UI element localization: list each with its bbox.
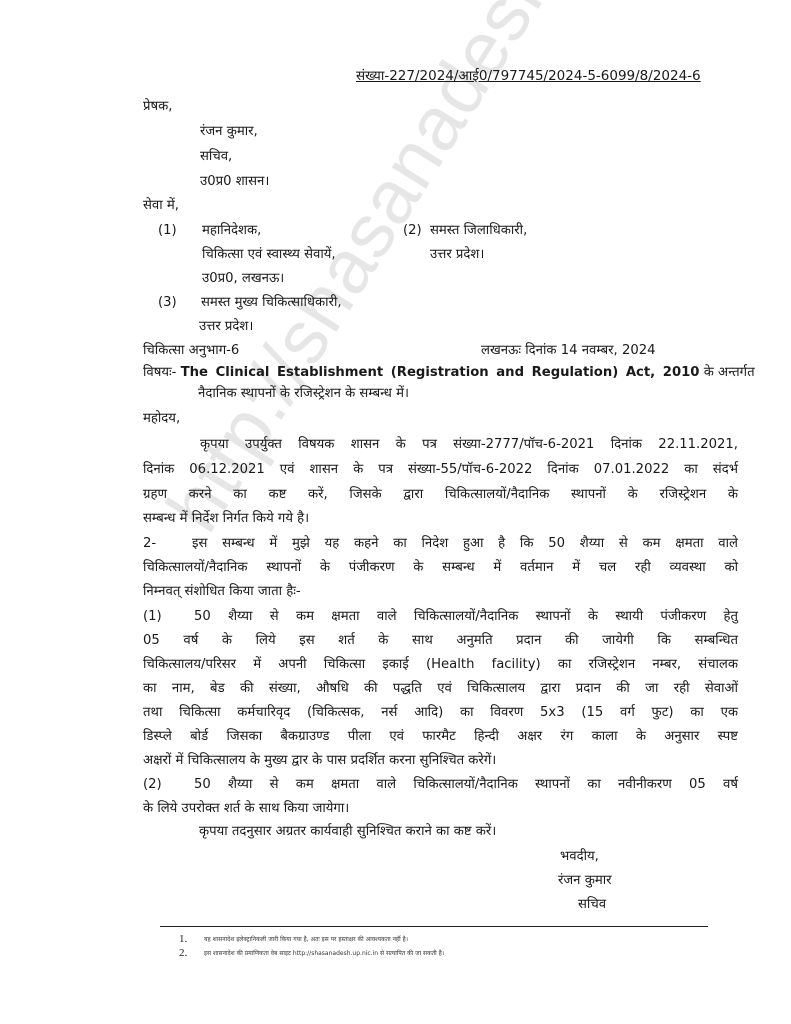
sender-label: प्रेषक, [143,98,172,116]
place-date: लखनऊः दिनांक 14 नवम्बर, 2024 [481,342,656,360]
footnote-divider [160,926,708,927]
recipient-2-line-2: उत्तर प्रदेश। [430,246,484,264]
point2-line-1: 50 शैय्या से कम क्षमता वाले चिकित्सालयों… [194,776,738,794]
para1-line-1: कृपया उपर्युक्त विषयक शासन के पत्र संख्य… [200,436,738,454]
section-name: चिकित्सा अनुभाग-6 [143,342,239,360]
sender-designation: सचिव, [200,148,232,166]
recipient-1-line-2: चिकित्सा एवं स्वास्थ्य सेवायें, [202,246,336,264]
subject-line-2: नैदानिक स्थापनों के रजिस्ट्रेशन के सम्बन… [198,385,409,403]
recipient-3-line-2: उत्तर प्रदेश। [199,318,253,336]
point1-line-6: डिस्प्ले बोर्ड जिसका बैकग्राउण्ड पीला एव… [143,728,738,746]
closing-request: कृपया तदनुसार अग्रतर कार्यवाही सुनिश्चित… [199,823,496,841]
salutation: महोदय, [143,410,180,428]
point1-line-4: का नाम, बेड की संख्या, औषधि की पद्धति एव… [143,680,738,698]
para2-line-2: चिकित्सालयों/नैदानिक स्थापनों के पंजीकरण… [143,559,738,577]
recipient-2-line-1: समस्त जिलाधिकारी, [430,222,527,240]
reference-number: संख्या-227/2024/आई0/797745/2024-5-6099/8… [356,66,701,84]
point2-number: (2) [143,776,162,794]
footnote-1-number: 1. [179,933,187,945]
para2-line-1: इस सम्बन्ध में मुझे यह कहने का निदेश हुआ… [192,535,738,553]
para1-line-2: दिनांक 06.12.2021 एवं शासन के पत्र संख्य… [143,461,738,479]
recipient-1-line-3: उ0प्र0, लखनऊ। [202,270,284,288]
point1-line-5: तथा चिकित्सा कर्मचारिवृद (चिकित्सक, नर्स… [143,704,738,722]
recipient-1-number: (1) [158,222,177,240]
sender-office: उ0प्र0 शासन। [200,173,269,191]
subject-label: विषयः- [143,365,176,380]
footnote-2-number: 2. [179,947,187,959]
para2-line-3: निम्नवत् संशोधित किया जाता हैः- [143,583,301,601]
recipient-2-number: (2) [403,222,422,240]
footnote-2-text: इस शासनादेश की प्रमाणिकता वेब साइट http:… [204,949,444,958]
para2-number: 2- [143,535,156,553]
para1-line-4: सम्बन्ध में निर्देश निर्गत किये गये है। [143,510,309,528]
signature-closing: भवदीय, [560,848,599,866]
point1-number: (1) [143,608,162,626]
recipient-1-line-1: महानिदेशक, [202,222,261,240]
point1-line-2: 05 वर्ष के लिये इस शर्त के साथ अनुमति प्… [143,632,738,650]
subject-line-1: विषयः- The Clinical Establishment (Regis… [143,364,755,382]
signature-designation: सचिव [578,896,606,914]
recipients-label: सेवा में, [143,197,179,215]
point1-line-7: अक्षरों में चिकित्सालय के मुख्य द्वार के… [143,752,496,770]
point2-line-2: के लिये उपरोक्त शर्त के साथ किया जायेगा। [143,800,349,818]
point1-line-1: 50 शैय्या से कम क्षमता वाले चिकित्सालयों… [194,608,738,626]
signature-name: रंजन कुमार [558,872,612,890]
footnote-1-text: यह शासनादेश इलेक्ट्रानिकली जारी किया गया… [204,935,408,944]
subject-hindi-part-1: के अन्तर्गत [704,365,755,380]
recipient-3-line-1: समस्त मुख्य चिकित्साधिकारी, [201,294,342,312]
sender-name: रंजन कुमार, [200,123,258,141]
para1-line-3: ग्रहण करने का कष्ट करें, जिसके द्वारा चि… [143,486,738,504]
subject-act-title: The Clinical Establishment (Registration… [181,365,700,380]
recipient-3-number: (3) [158,294,177,312]
point1-line-3: चिकित्सालय/परिसर में अपनी चिकित्सा इकाई … [143,656,738,674]
government-order-page: http://shasanadesh.up.nic.in संख्या-227/… [0,0,791,1024]
